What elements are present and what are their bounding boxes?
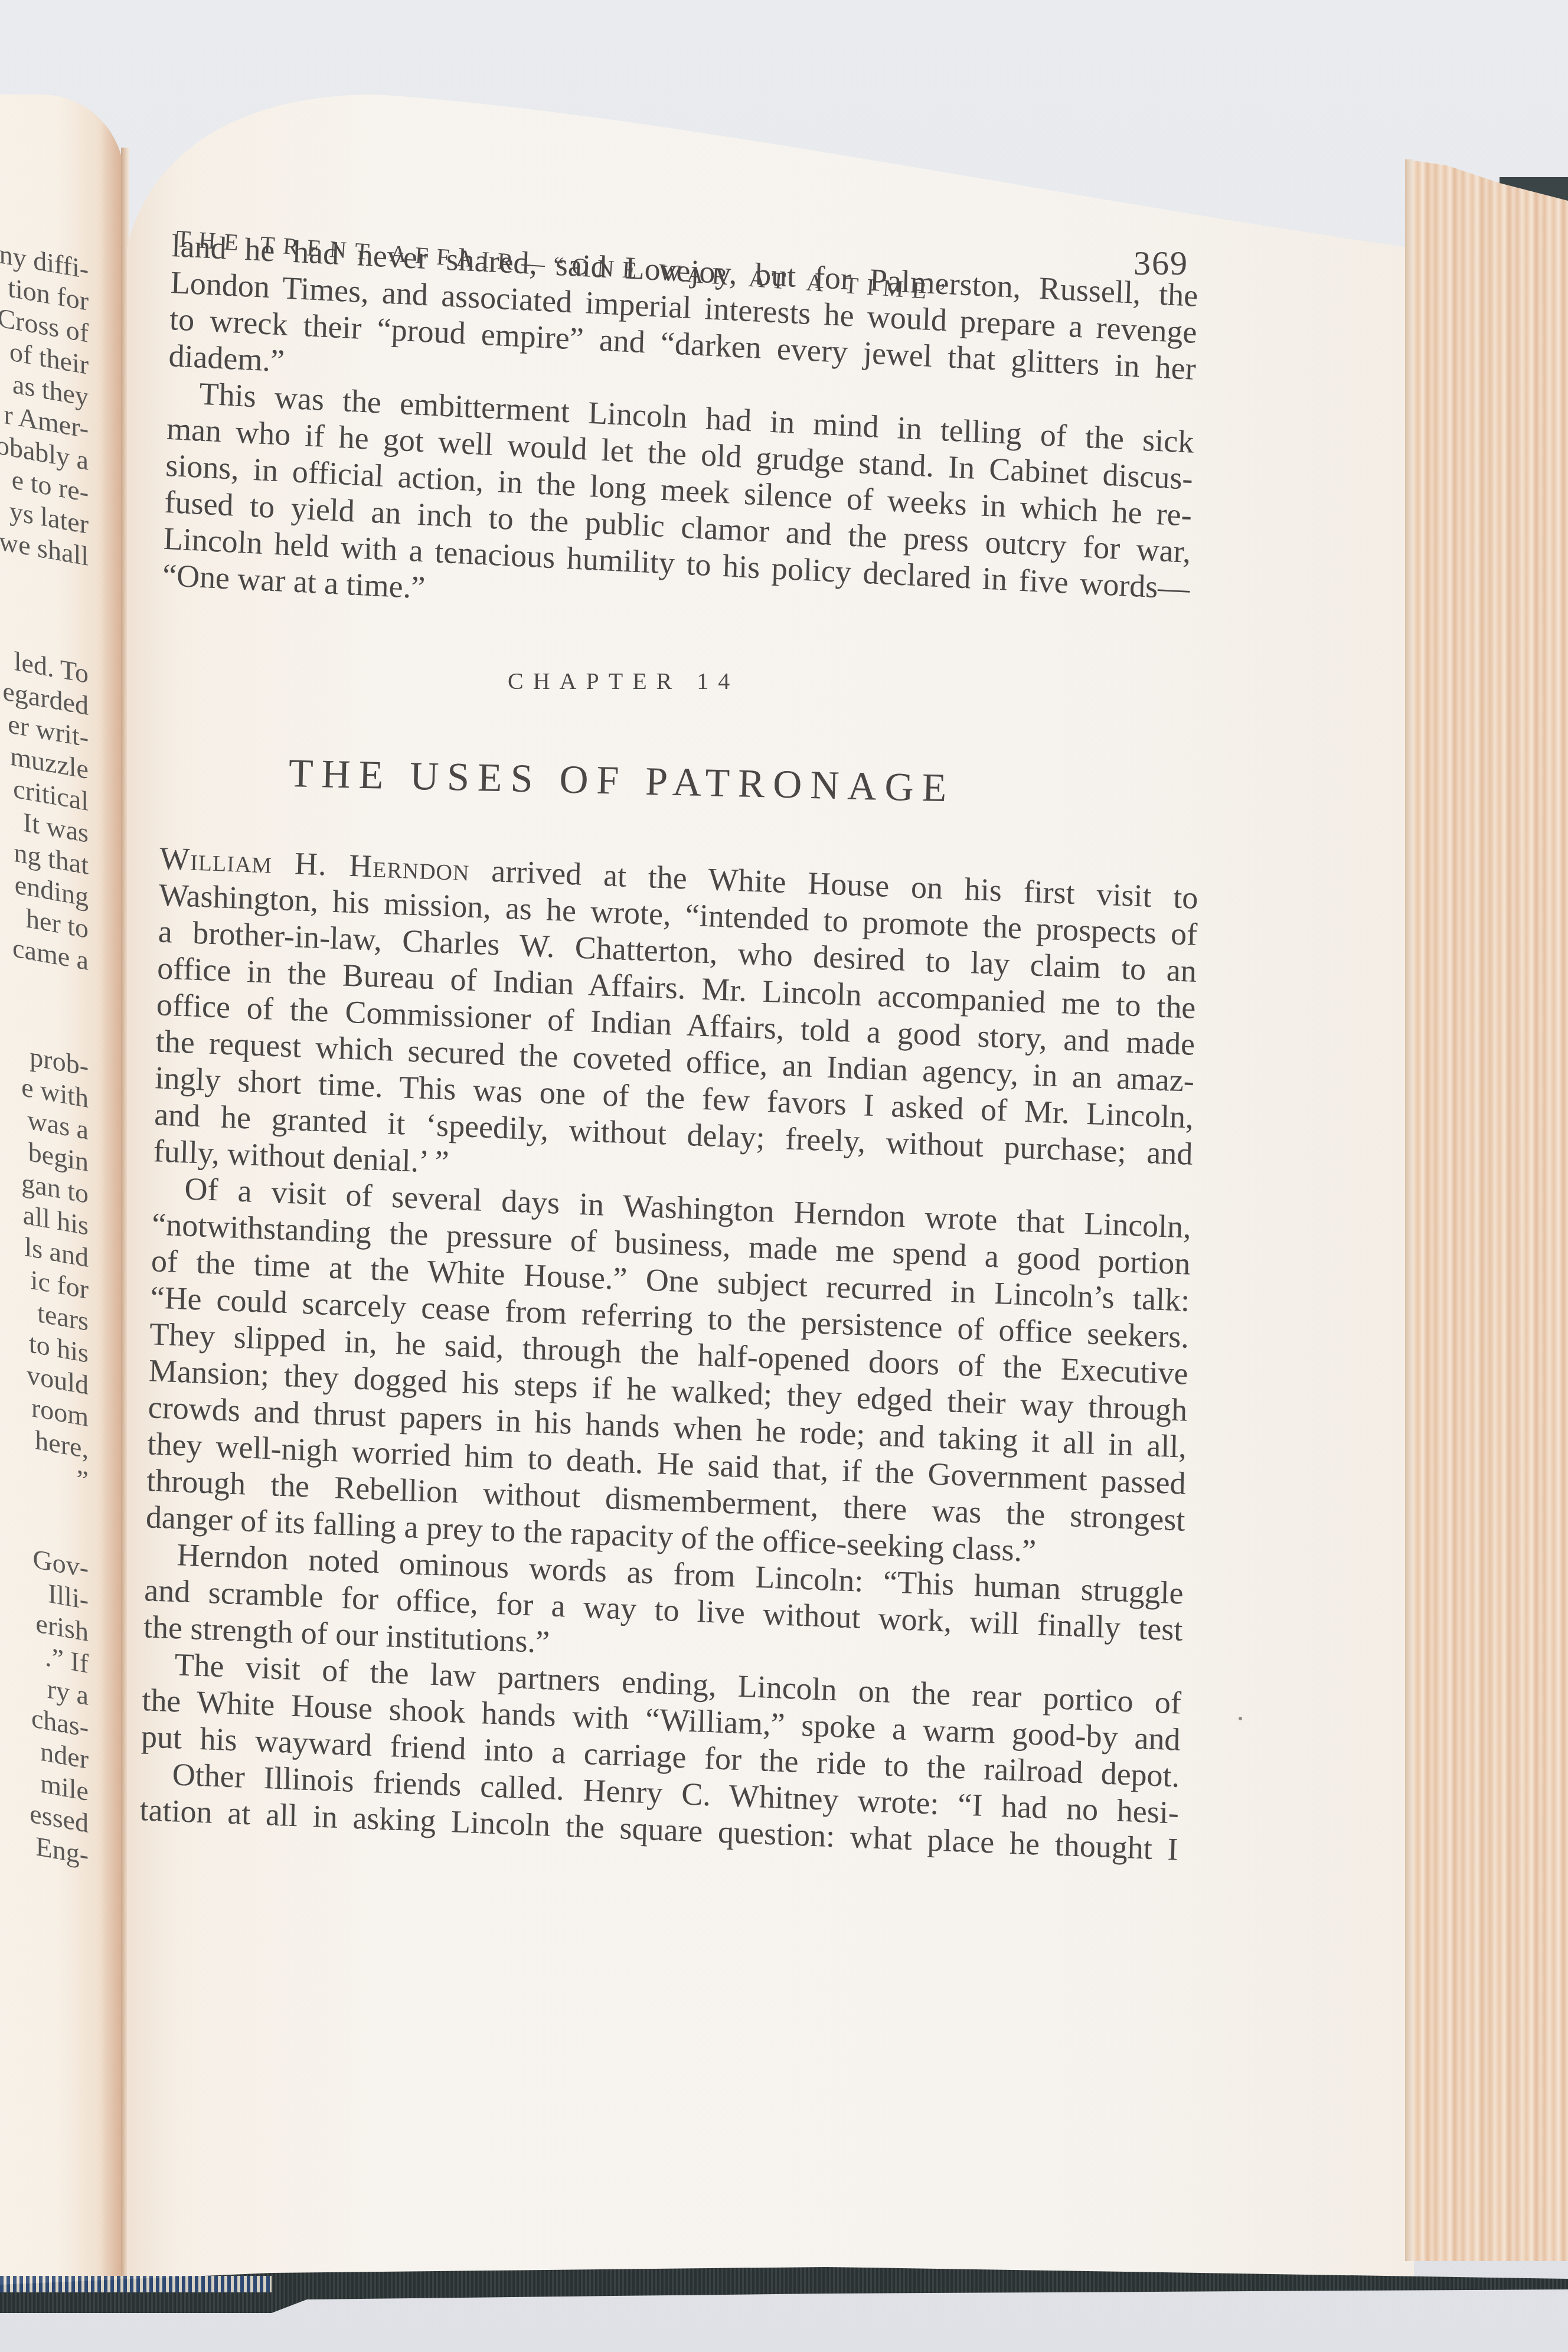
paper-speck — [1239, 1717, 1242, 1720]
left-page-fragments-upper: ny diffi- tion for Cross of of their as … — [0, 234, 89, 573]
chapter-body: William H. Herndon arrived at the White … — [139, 839, 1198, 1867]
page-edge-shadow — [1405, 159, 1413, 2261]
chapter-label: CHAPTER 14 — [508, 667, 739, 695]
gutter-shadow — [100, 94, 124, 2291]
left-page: ny diffi- tion for Cross of of their as … — [0, 94, 124, 2291]
previous-chapter-ending: land he had never shared, said Lovejoy, … — [162, 227, 1198, 643]
page-block-fore-edge — [1405, 159, 1568, 2261]
left-page-fragments-middle: led. To egarded er writ- muzzle critical… — [0, 638, 89, 977]
left-page-fragments-lower: prob- e with was a begin gan to all his … — [0, 1031, 89, 1497]
left-page-fragments-bottom: Gov- Illi- erish .” If ry a chas- nder m… — [0, 1533, 89, 1871]
book-headband — [0, 2276, 272, 2292]
